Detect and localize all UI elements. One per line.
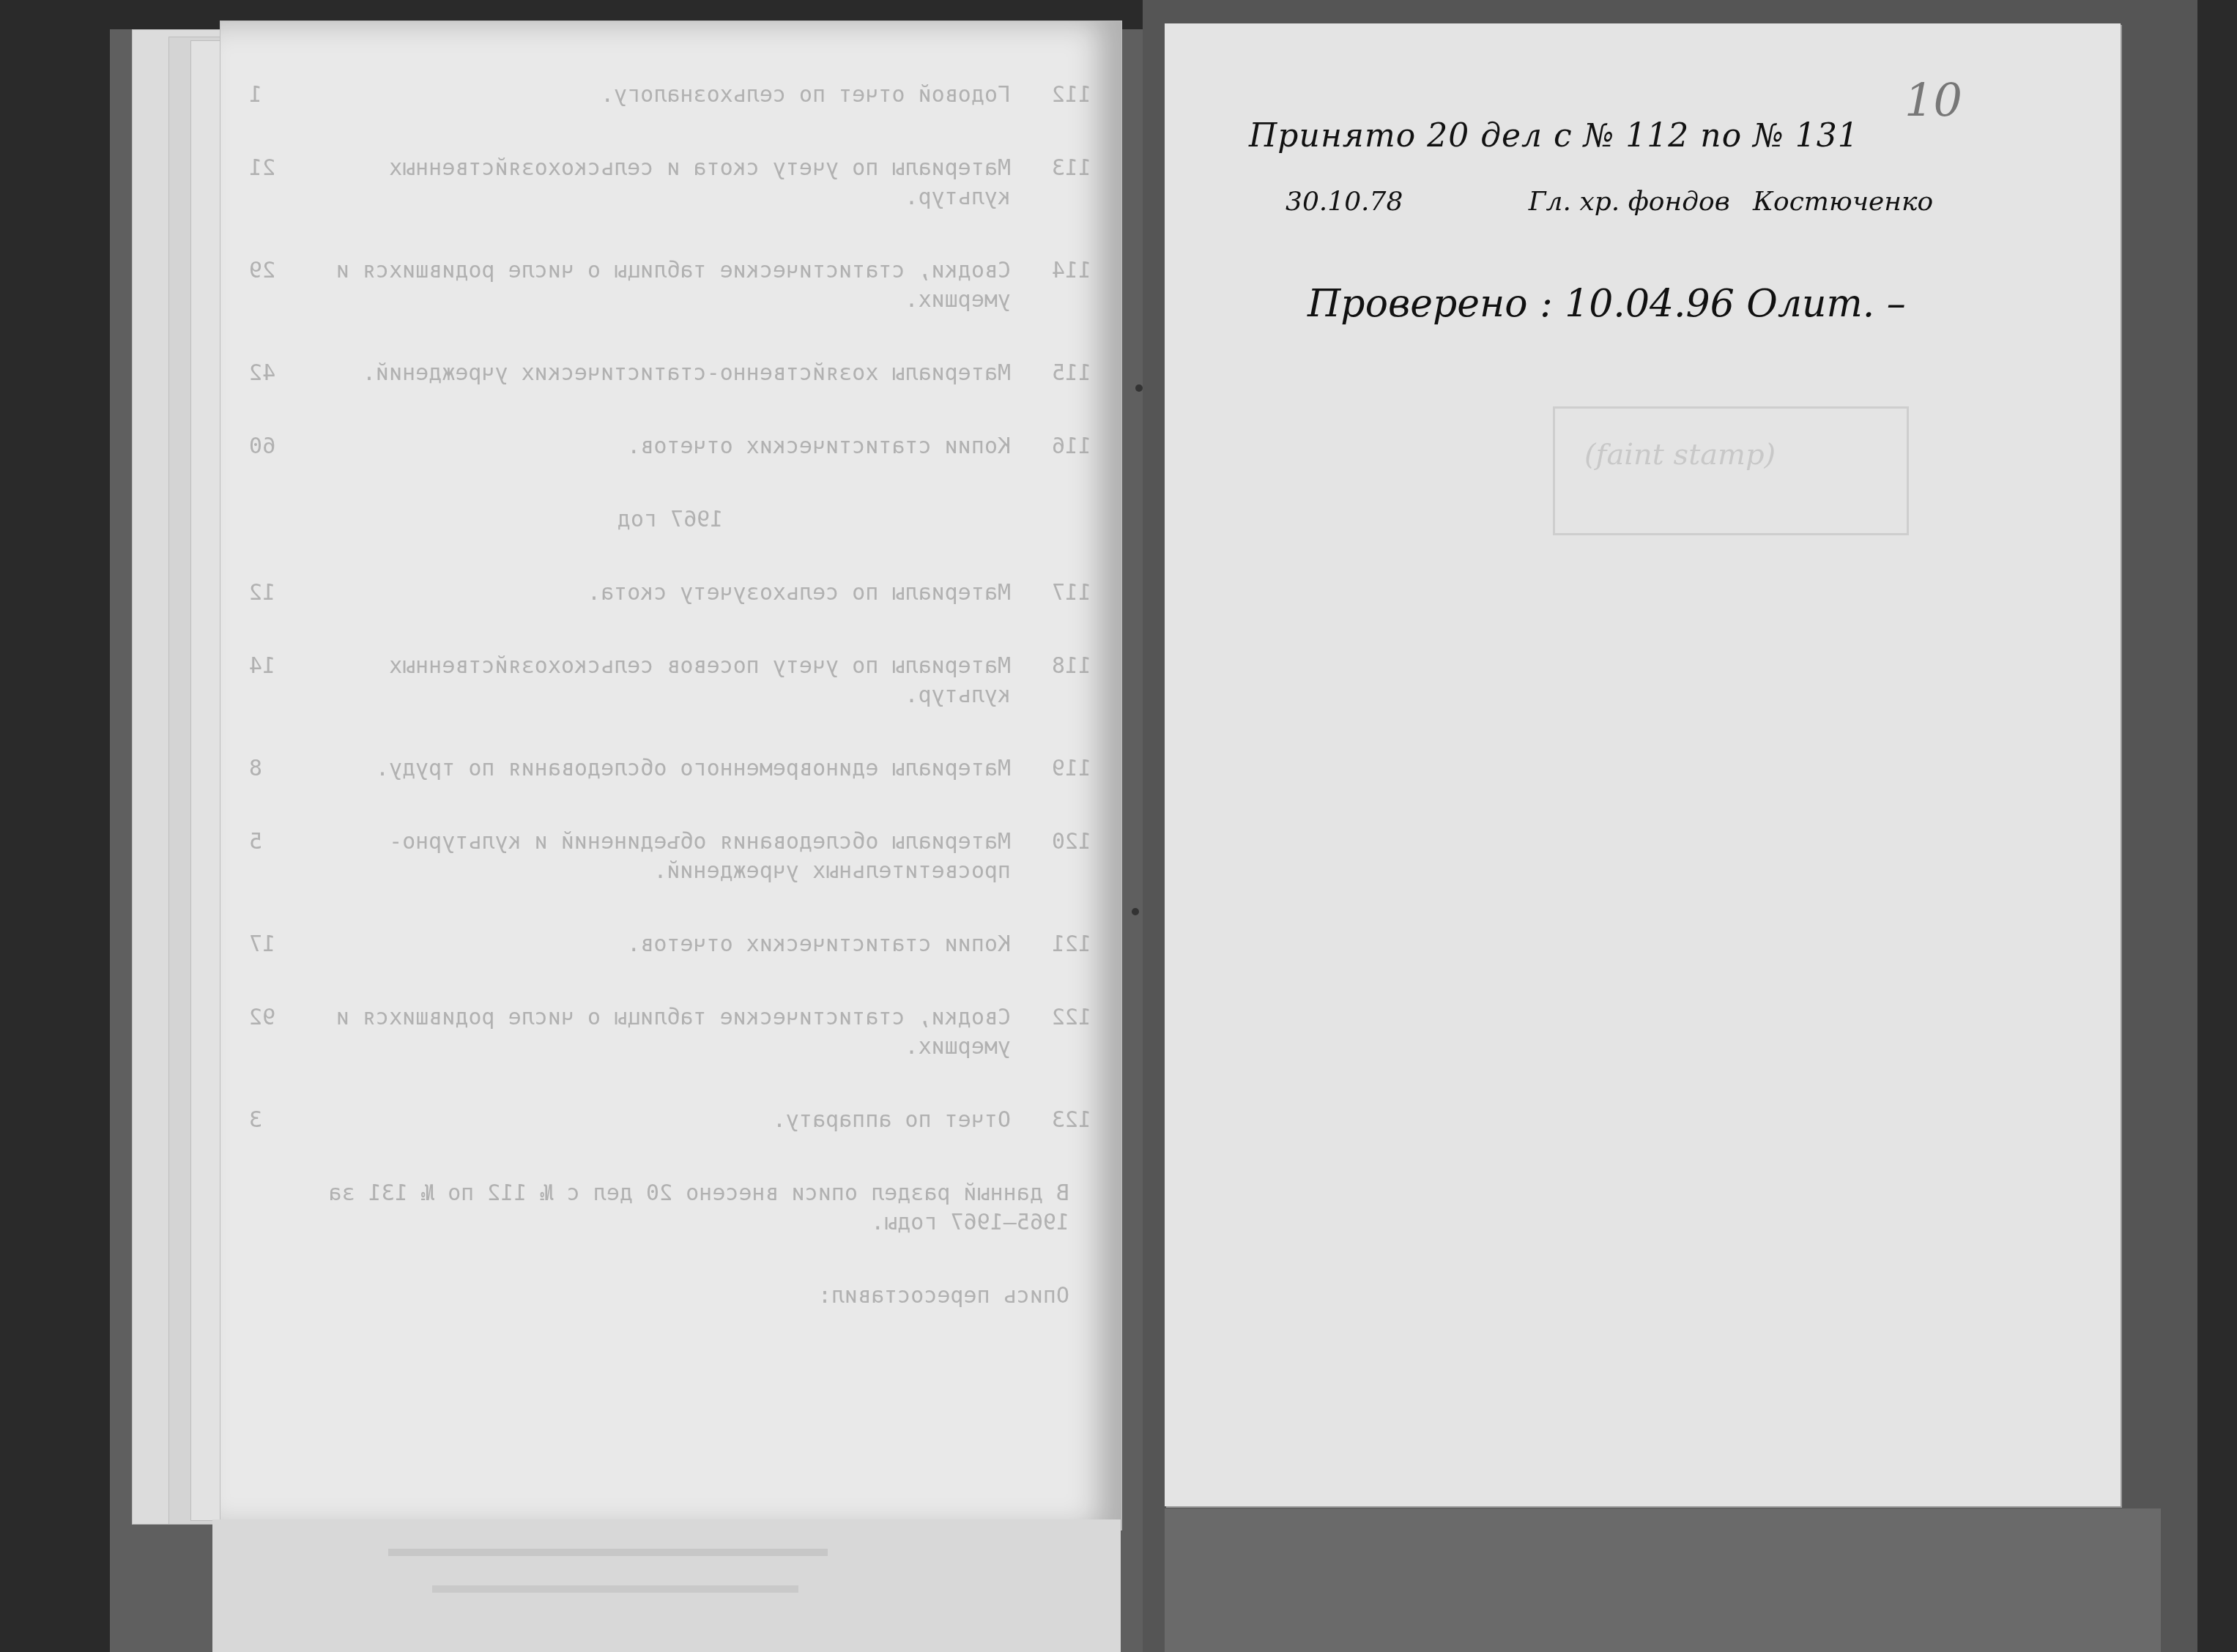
list-item: 118Материалы по учету посевов сельскохоз… [249,652,1091,710]
accepted-note: Принято 20 дел с № 112 по № 131 [1249,117,1859,155]
year-heading: 1967 год [249,505,1091,535]
accepted-date: 30.10.78 [1286,187,1403,217]
list-item: 117Материалы по сельхозучету скота.12 [249,578,1091,608]
list-item: 113Материалы по учету скота и сельскохоз… [249,154,1091,212]
punch-hole [1135,384,1143,392]
punch-hole [1132,908,1139,915]
signature: Костюченко [1753,187,1933,217]
page-number: 10 [1904,73,1962,127]
bottom-paper-strip [212,1519,1121,1652]
right-page [1165,23,2121,1506]
folder-inner-edge [1165,1508,2161,1652]
list-item: 116Копии статистических отчетов.60 [249,432,1091,461]
footer-note: В данный раздел описи внесено 20 дел с №… [249,1179,1091,1238]
custodian-role: Гл. хр. фондов [1529,187,1730,217]
list-item: 121Копии статистических отчетов.17 [249,930,1091,959]
show-through-text: 112Годовой отчет по сельхозналогу.1 113М… [249,81,1091,1355]
faint-text [388,1549,828,1556]
list-item: 123Отчет по аппарату.3 [249,1106,1091,1135]
list-item: 112Годовой отчет по сельхозналогу.1 [249,81,1091,110]
verified-note: Проверено : 10.04.96 Олит. – [1307,282,1906,326]
footer-note: Опись пересоставил: [249,1281,1091,1311]
list-item: 122Сводки, статистические таблицы о числ… [249,1003,1091,1062]
list-item: 120Материалы обследования объединений и … [249,827,1091,886]
faint-text [432,1585,798,1593]
faint-stamp: (faint stamp) [1553,406,1909,535]
custodian-line: 30.10.78 Гл. хр. фондов Костюченко [1286,187,1933,217]
stamp-text: (faint stamp) [1584,438,1776,472]
list-item: 115Материалы хозяйственно-статистических… [249,359,1091,388]
list-item: 114Сводки, статистические таблицы о числ… [249,256,1091,315]
list-item: 119Материалы единовременного обследовани… [249,754,1091,784]
